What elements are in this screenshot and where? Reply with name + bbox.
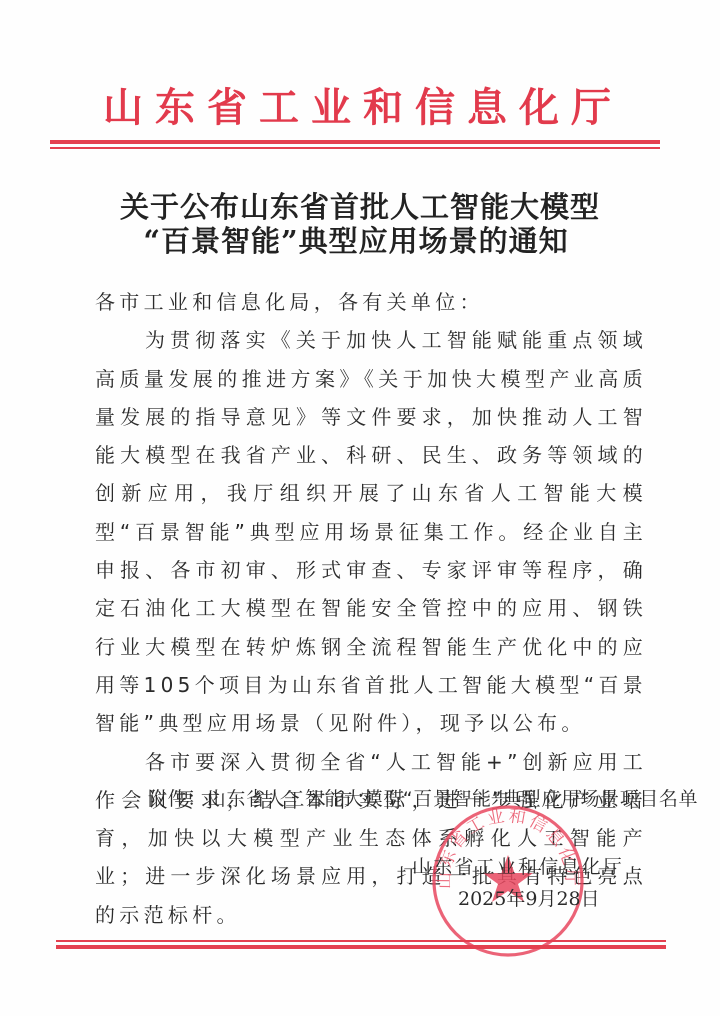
official-seal-icon: 山东省工业和信息化厅 xyxy=(430,803,586,959)
body-paragraph-1: 为贯彻落实《关于加快人工智能赋能重点领域高质量发展的推进方案》《关于加快大模型产… xyxy=(95,321,647,742)
document-title-line-2: “百景智能”典型应用场景的通知 xyxy=(0,224,720,258)
document-title-line-1: 关于公布山东省首批人工智能大模型 xyxy=(0,190,720,224)
header-rule-thick xyxy=(50,140,660,144)
signing-organization: 山东省工业和信息化厅 xyxy=(412,853,624,881)
salutation: 各市工业和信息化局，各有关单位： xyxy=(95,283,647,321)
footer-rule-thick xyxy=(56,945,666,949)
attachment-reference: 附件：山东省人工智能大模型“百景智能”典型应用场景项目名单 xyxy=(148,784,698,814)
header-rule-thin xyxy=(50,147,660,149)
footer-rule-thin xyxy=(56,940,666,942)
agency-letterhead: 山东省工业和信息化厅 xyxy=(0,84,720,132)
document-page: 山东省工业和信息化厅 关于公布山东省首批人工智能大模型 “百景智能”典型应用场景… xyxy=(0,0,720,1016)
signing-date: 2025年9月28日 xyxy=(458,885,600,913)
